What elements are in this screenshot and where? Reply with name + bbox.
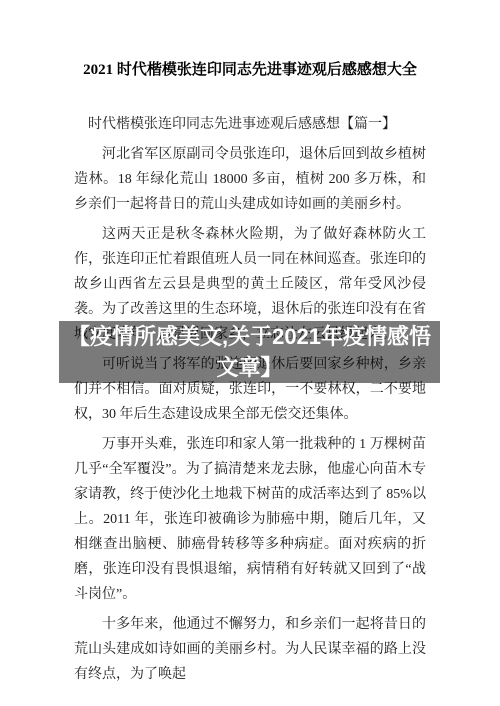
watermark-text: 【疫情所感美文,关于2021年疫情感悟文章】 bbox=[59, 321, 440, 383]
document-page: 2021 时代楷模张连印同志先进事迹观后感感想大全 时代楷模张连印同志先进事迹观… bbox=[0, 0, 500, 706]
article-title: 2021 时代楷模张连印同志先进事迹观后感感想大全 bbox=[74, 60, 426, 80]
paragraph: 万事开头难，张连印和家人第一批栽种的 1 万棵树苗几乎“全军覆没”。为了搞清楚来… bbox=[74, 432, 426, 607]
paragraph: 十多年来，他通过不懈努力，和乡亲们一起将昔日的荒山头建成如诗如画的美丽乡村。为人… bbox=[74, 612, 426, 687]
watermark-overlay: 【疫情所感美文,关于2021年疫情感悟文章】 bbox=[59, 321, 440, 383]
article-subtitle: 时代楷模张连印同志先进事迹观后感感想【篇一】 bbox=[74, 112, 426, 137]
paragraph: 河北省军区原副司令员张连印，退休后回到故乡植树造林。18 年绿化荒山 18000… bbox=[74, 142, 426, 217]
